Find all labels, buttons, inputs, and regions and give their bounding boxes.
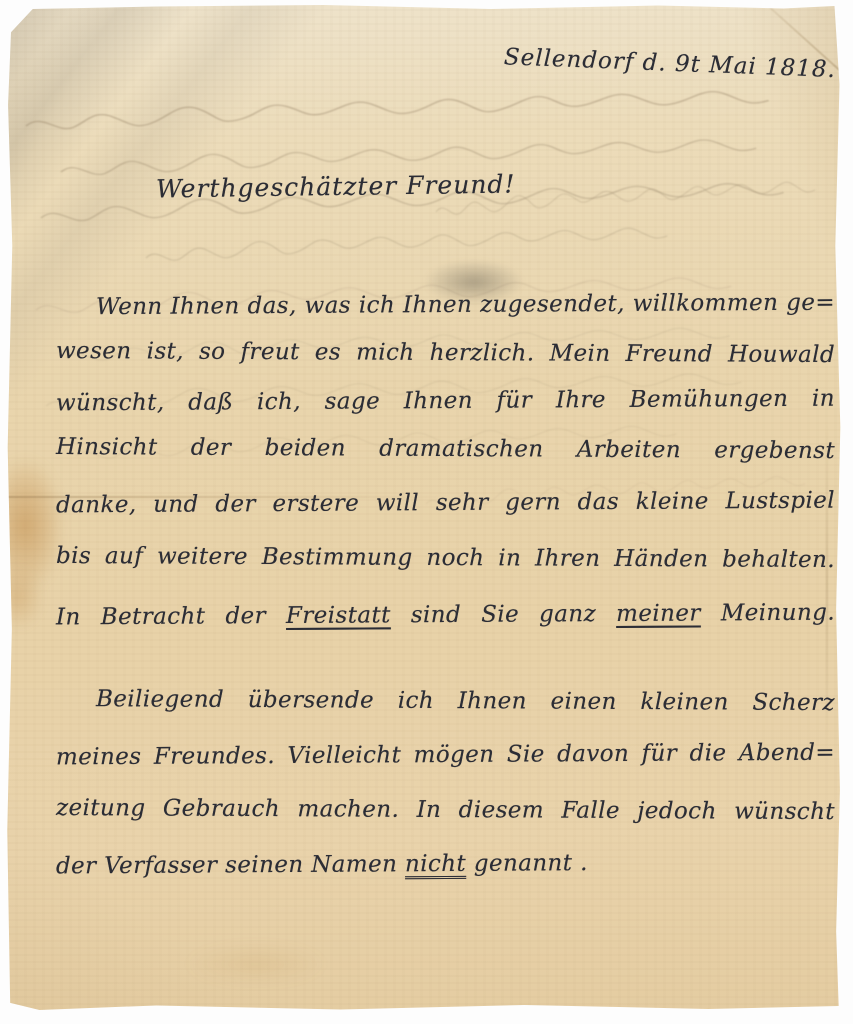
letter-text-segment: sind Sie ganz	[391, 601, 617, 628]
letter-text-segment: Meinung.	[701, 600, 835, 627]
salutation: Werthgeschätzter Freund!	[156, 169, 516, 203]
letter-line: bis auf weitere Bestimmung noch in Ihren…	[56, 543, 835, 573]
underlined-word: meiner	[616, 600, 701, 627]
letter-line: Beiliegend übersende ich Ihnen einen kle…	[56, 686, 835, 716]
letter-line: wesen ist, so freut es mich herzlich. Me…	[56, 338, 835, 368]
letter-line: wünscht, daß ich, sage Ihnen für Ihre Be…	[56, 386, 835, 417]
letter-text: Sellendorf d. 9t Mai 1818. Werthgeschätz…	[6, 4, 842, 1012]
scan-background: Sellendorf d. 9t Mai 1818. Werthgeschätz…	[0, 0, 853, 1024]
letter-text-segment: der Verfasser seinen Namen	[56, 851, 405, 879]
letter-line: Hinsicht der beiden dramatischen Arbeite…	[56, 434, 835, 464]
letter-text-segment: In Betracht der	[56, 603, 286, 630]
letter-line: danke, und der erstere will sehr gern da…	[56, 488, 835, 519]
letter-line: Wenn Ihnen das, was ich Ihnen zugesendet…	[56, 290, 835, 321]
letter-text-segment: genannt .	[466, 850, 588, 877]
letter-line: meines Freundes. Vielleicht mögen Sie da…	[56, 740, 835, 771]
double-underlined-word: nicht	[405, 851, 466, 877]
dateline: Sellendorf d. 9t Mai 1818.	[470, 43, 837, 83]
letter-line: zeitung Gebrauch machen. In diesem Falle…	[56, 795, 835, 825]
letter-line: der Verfasser seinen Namen nicht genannt…	[56, 849, 835, 880]
paper-sheet: Sellendorf d. 9t Mai 1818. Werthgeschätz…	[6, 4, 842, 1012]
letter-line: In Betracht der Freistatt sind Sie ganz …	[56, 600, 835, 631]
underlined-word: Freistatt	[286, 602, 391, 629]
